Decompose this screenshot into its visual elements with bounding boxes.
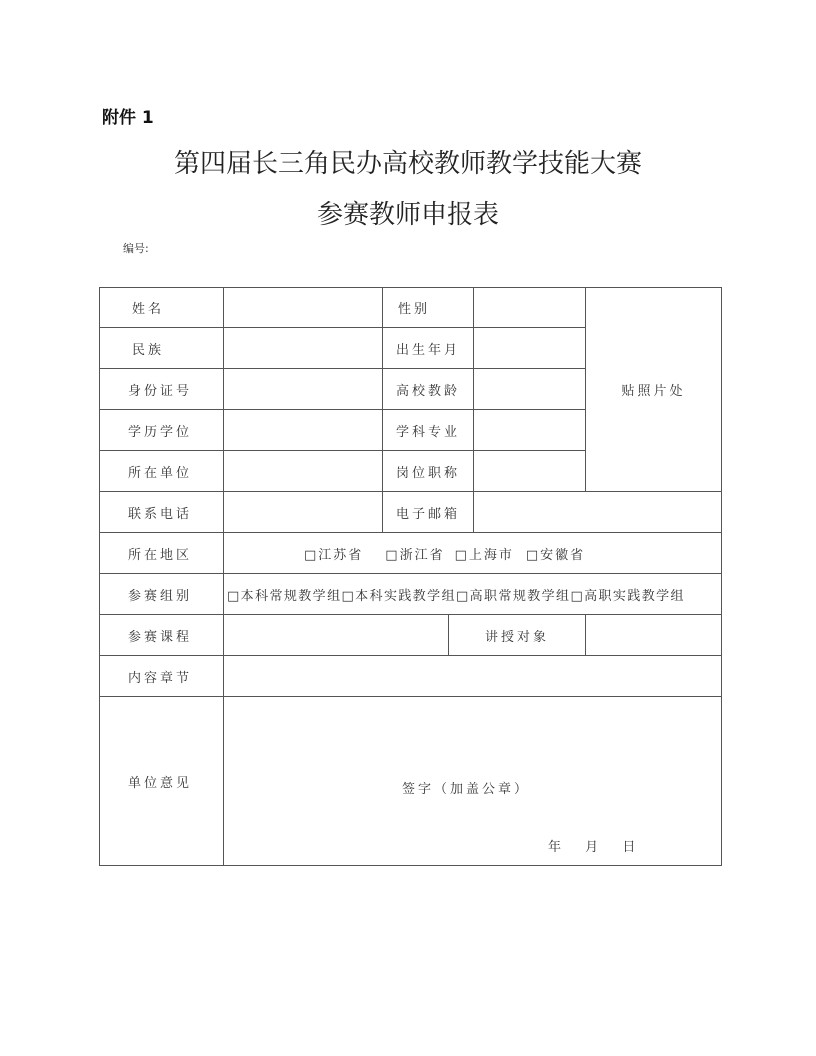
- email-field[interactable]: [474, 492, 721, 532]
- date-line: 年 月 日: [548, 836, 635, 855]
- serial-number-label: 编号:: [123, 240, 149, 256]
- education-field[interactable]: [224, 410, 382, 450]
- document-subtitle: 参赛教师申报表: [0, 194, 816, 231]
- ethnicity-label: 民族: [100, 328, 223, 368]
- course-label: 参赛课程: [100, 615, 223, 655]
- region-options: □江苏省 □浙江省 □上海市 □安徽省: [224, 533, 721, 573]
- phone-field[interactable]: [224, 492, 382, 532]
- email-label: 电子邮箱: [383, 492, 473, 532]
- id-number-label: 身份证号: [100, 369, 223, 409]
- gender-label: 性别: [383, 288, 473, 327]
- attachment-label: 附件 1: [102, 103, 154, 128]
- major-field[interactable]: [474, 410, 585, 450]
- job-title-field[interactable]: [474, 451, 585, 491]
- unit-opinion-label: 单位意见: [100, 697, 223, 865]
- region-option-zhejiang[interactable]: □浙江省: [385, 544, 444, 563]
- document-title: 第四届长三角民办高校教师教学技能大赛: [0, 143, 816, 180]
- audience-field[interactable]: [586, 615, 721, 655]
- group-options: □本科常规教学组 □本科实践教学组 □高职常规教学组 □高职实践教学组: [224, 574, 721, 614]
- group-option-undergrad-regular[interactable]: □本科常规教学组: [227, 585, 341, 604]
- region-label: 所在地区: [100, 533, 223, 573]
- group-option-undergrad-practice[interactable]: □本科实践教学组: [341, 585, 455, 604]
- course-field[interactable]: [224, 615, 448, 655]
- gender-field[interactable]: [474, 288, 585, 327]
- unit-label: 所在单位: [100, 451, 223, 491]
- birth-date-label: 出生年月: [383, 328, 473, 368]
- education-label: 学历学位: [100, 410, 223, 450]
- chapter-label: 内容章节: [100, 656, 223, 696]
- major-label: 学科专业: [383, 410, 473, 450]
- birth-date-field[interactable]: [474, 328, 585, 368]
- audience-label: 讲授对象: [449, 615, 585, 655]
- chapter-field[interactable]: [224, 656, 721, 696]
- date-day: 日: [622, 840, 635, 855]
- unit-field[interactable]: [224, 451, 382, 491]
- name-field[interactable]: [224, 288, 382, 327]
- signature-label: 签字（加盖公章）: [402, 778, 530, 797]
- teaching-years-label: 高校教龄: [383, 369, 473, 409]
- table-border-right: [721, 287, 722, 865]
- date-year: 年: [548, 840, 561, 855]
- phone-label: 联系电话: [100, 492, 223, 532]
- photo-placeholder[interactable]: 贴照片处: [586, 288, 721, 491]
- ethnicity-field[interactable]: [224, 328, 382, 368]
- id-number-field[interactable]: [224, 369, 382, 409]
- group-label: 参赛组别: [100, 574, 223, 614]
- region-option-anhui[interactable]: □安徽省: [526, 544, 585, 563]
- name-label: 姓名: [100, 288, 223, 327]
- group-option-vocational-practice[interactable]: □高职实践教学组: [570, 585, 684, 604]
- group-option-vocational-regular[interactable]: □高职常规教学组: [456, 585, 570, 604]
- job-title-label: 岗位职称: [383, 451, 473, 491]
- date-month: 月: [585, 840, 598, 855]
- table-border-bottom: [99, 865, 722, 866]
- region-option-jiangsu[interactable]: □江苏省: [304, 544, 363, 563]
- region-option-shanghai[interactable]: □上海市: [455, 544, 514, 563]
- teaching-years-field[interactable]: [474, 369, 585, 409]
